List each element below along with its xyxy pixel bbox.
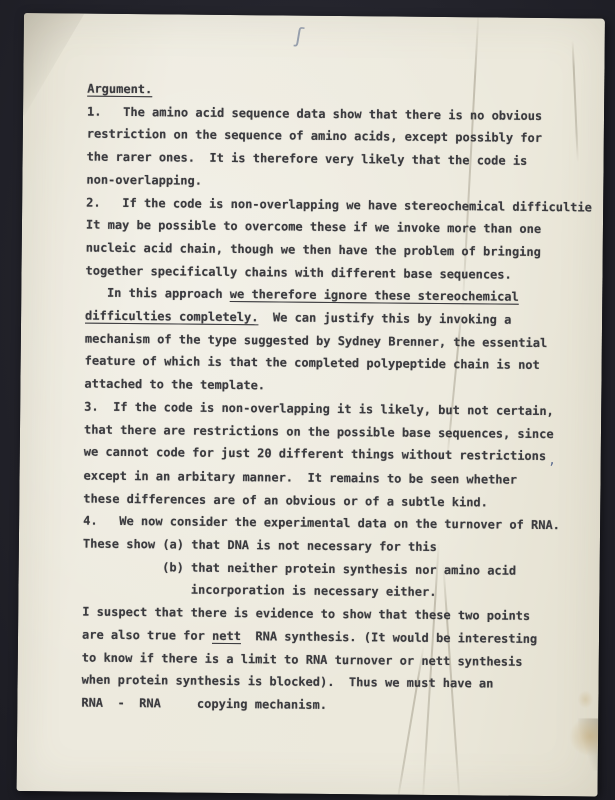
typed-text: RNA synthesis. (It would be interesting	[241, 629, 537, 646]
typed-text: when protein synthesis is blocked). Thus…	[82, 673, 494, 691]
typed-text: restriction on the sequence of amino aci…	[87, 127, 542, 145]
typed-text: These show (a) that DNA is not necessary…	[83, 537, 437, 554]
typed-text: feature of which is that the completed p…	[85, 354, 540, 372]
typed-text: nucleic acid chain, though we then have …	[86, 241, 541, 259]
underlined-text: Argument.	[87, 82, 152, 97]
typed-text: we cannot code for just 20 different thi…	[84, 445, 546, 463]
top-left-corner-fold	[22, 13, 85, 121]
typed-text: 3. If the code is non-overlapping it is …	[84, 399, 554, 418]
typed-line: RNA - RNA copying mechanism.	[81, 692, 596, 720]
pencil-mark: ʃ	[294, 23, 305, 48]
typed-text: (b) that neither protein synthesis nor a…	[83, 559, 517, 577]
typed-text: 4. We now consider the experimental data…	[83, 514, 560, 533]
typed-text: mechanism of the type suggested by Sydne…	[85, 331, 547, 349]
underlined-text: difficulties completely.	[85, 309, 259, 325]
typed-text: incorporation is necessary either.	[82, 582, 436, 599]
typed-text: 2. If the code is non-overlapping we hav…	[86, 195, 592, 214]
typed-text: I suspect that there is evidence to show…	[82, 605, 530, 623]
typed-text: that there are restrictions on the possi…	[84, 422, 554, 441]
typed-text: the rarer ones. It is therefore very lik…	[87, 150, 528, 168]
typed-text: non-overlapping.	[86, 172, 202, 187]
typed-text: to know if there is a limit to RNA turno…	[82, 650, 523, 668]
typed-text: We can justify this by invoking a	[258, 310, 511, 326]
typed-text: these differences are of an obvious or o…	[83, 491, 488, 509]
document-text: Argument.1. The amino acid sequence data…	[81, 78, 602, 720]
typed-text: In this approach	[85, 286, 230, 301]
photo-background: ʃ Argument.1. The amino acid sequence da…	[0, 0, 615, 800]
typed-text: are also true for	[82, 627, 212, 642]
typed-text: attached to the template.	[84, 377, 265, 393]
underlined-text: we therefore ignore these stereochemical	[230, 287, 519, 304]
typed-text: It may be possible to overcome these if …	[86, 218, 541, 236]
typed-text: except in an arbitary manner. It remains…	[83, 469, 517, 487]
typed-text: RNA - RNA copying mechanism.	[81, 696, 327, 712]
handwritten-comma: ,	[548, 453, 556, 468]
typewritten-page: ʃ Argument.1. The amino acid sequence da…	[17, 13, 605, 797]
typed-text: 1. The amino acid sequence data show tha…	[87, 104, 542, 122]
underlined-text: nett	[212, 629, 241, 643]
edge-stain	[569, 716, 599, 756]
typed-text: together specifically chains with differ…	[85, 263, 511, 281]
